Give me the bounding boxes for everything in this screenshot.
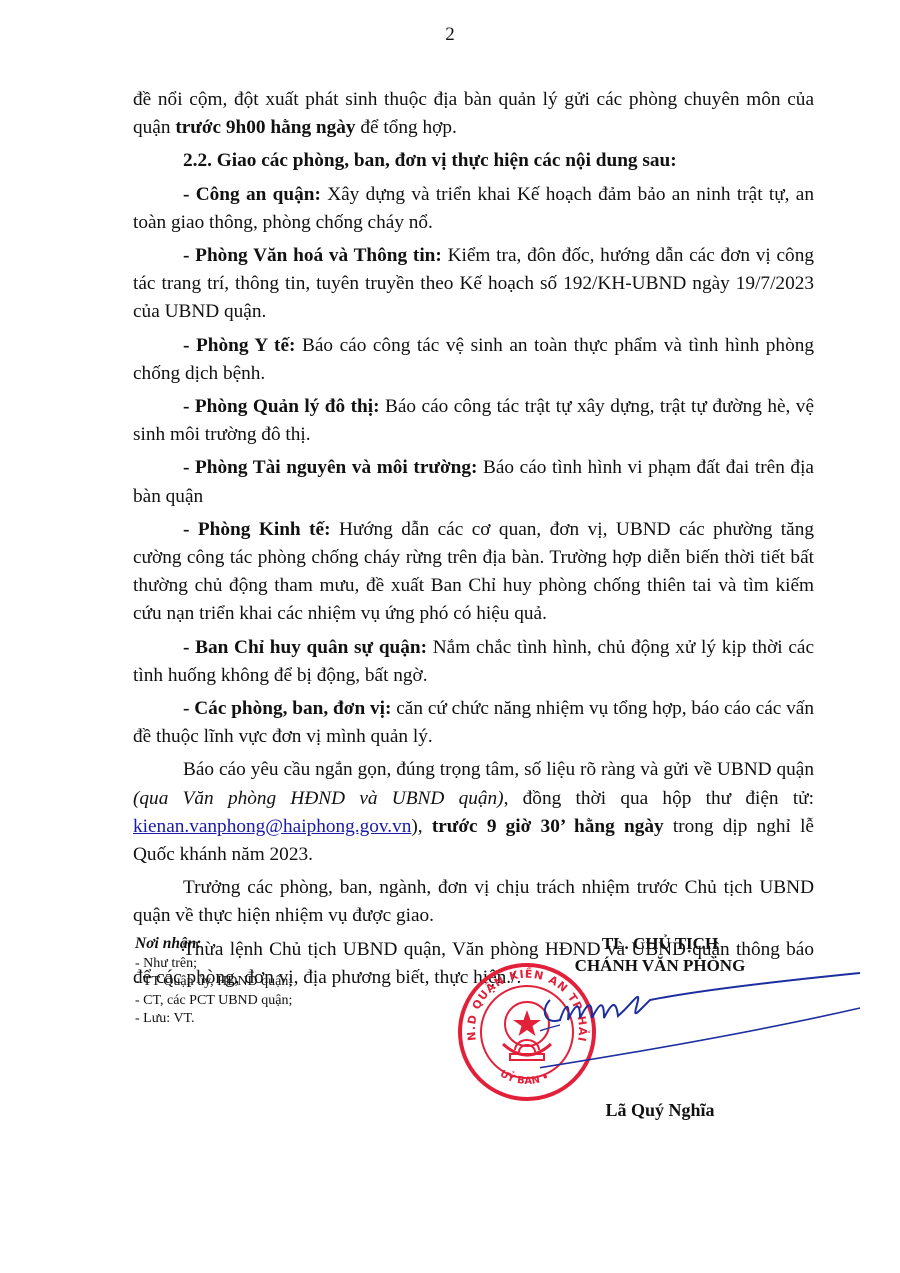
report-requirements: Báo cáo yêu cầu ngắn gọn, đúng trọng tâm… xyxy=(133,756,814,869)
recipient-item: - Lưu: VT. xyxy=(135,1010,465,1029)
section-heading: 2.2. Giao các phòng, ban, đơn vị thực hi… xyxy=(133,147,814,175)
signer-name: Lã Quý Nghĩa xyxy=(520,1100,800,1121)
unit-name: - Công an quận: xyxy=(183,184,321,205)
assignment-item: - Phòng Quản lý đô thị: Báo cáo công tác… xyxy=(133,393,814,449)
recipient-item: - TT Quận ủy, HĐND quận; xyxy=(135,973,465,992)
unit-name: - Phòng Quản lý đô thị: xyxy=(183,396,380,417)
unit-name: - Phòng Y tế: xyxy=(183,335,295,356)
deadline-emphasis: trước 9 giờ 30’ hằng ngày xyxy=(432,816,664,837)
unit-name: - Các phòng, ban, đơn vị: xyxy=(183,698,391,719)
recipient-item: - CT, các PCT UBND quận; xyxy=(135,992,465,1011)
document-body: đề nổi cộm, đột xuất phát sinh thuộc địa… xyxy=(133,86,814,997)
unit-name: - Ban Chỉ huy quân sự quận: xyxy=(183,637,427,658)
assignment-item: - Công an quận: Xây dựng và triển khai K… xyxy=(133,181,814,237)
email-link[interactable]: kienan.vanphong@haiphong.gov.vn xyxy=(133,816,411,837)
assignment-item: - Phòng Văn hoá và Thông tin: Kiểm tra, … xyxy=(133,242,814,327)
assignment-item: - Phòng Y tế: Báo cáo công tác vệ sinh a… xyxy=(133,332,814,388)
responsibility-paragraph: Trưởng các phòng, ban, ngành, đơn vị chị… xyxy=(133,874,814,930)
recipients-title: Nơi nhận: xyxy=(135,935,465,954)
signer-authority: TL. CHỦ TỊCH xyxy=(520,933,800,955)
unit-name: - Phòng Kinh tế: xyxy=(183,519,331,540)
recipients-block: Nơi nhận: - Như trên; - TT Quận ủy, HĐND… xyxy=(135,935,465,1029)
assignment-item: - Phòng Kinh tế: Hướng dẫn các cơ quan, … xyxy=(133,516,814,629)
unit-name: - Phòng Văn hoá và Thông tin: xyxy=(183,245,442,266)
assignment-item: - Ban Chỉ huy quân sự quận: Nắm chắc tìn… xyxy=(133,634,814,690)
deadline-emphasis: trước 9h00 hằng ngày xyxy=(175,117,355,138)
page-number: 2 xyxy=(0,24,900,46)
assignment-item: - Phòng Tài nguyên và môi trường: Báo cá… xyxy=(133,454,814,510)
unit-name: - Phòng Tài nguyên và môi trường: xyxy=(183,457,477,478)
recipient-item: - Như trên; xyxy=(135,955,465,974)
assignment-item: - Các phòng, ban, đơn vị: căn cứ chức nă… xyxy=(133,695,814,751)
handwritten-signature-icon xyxy=(540,970,870,1090)
paragraph-continuation: đề nổi cộm, đột xuất phát sinh thuộc địa… xyxy=(133,86,814,142)
